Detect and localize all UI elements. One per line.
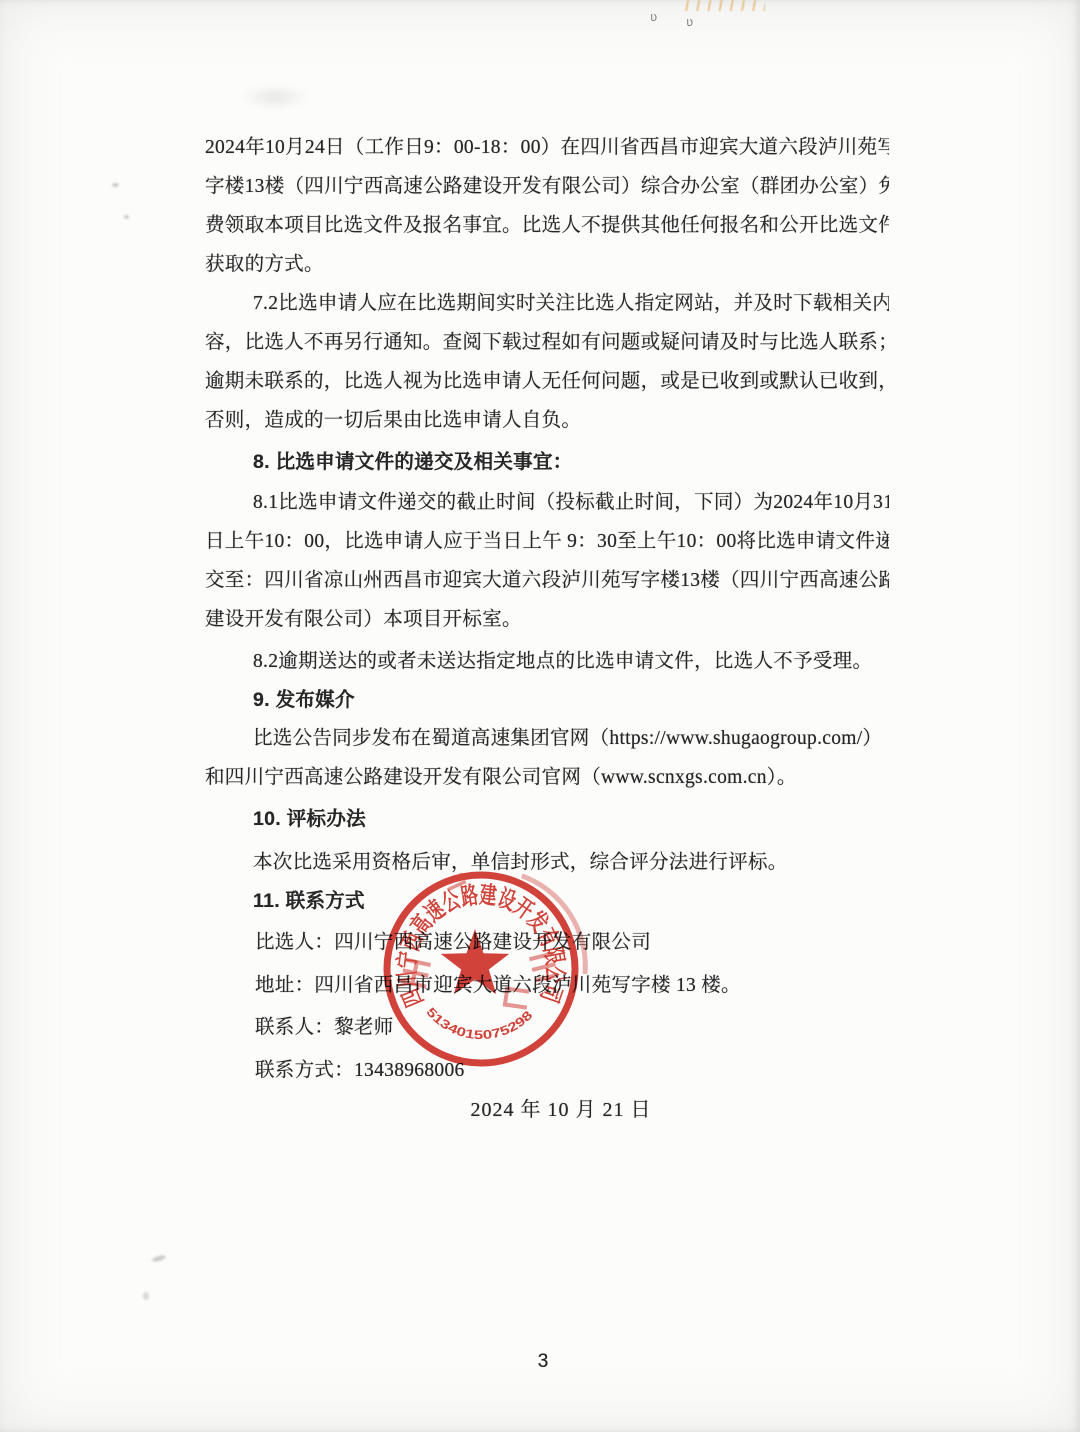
- paragraph-line: 获取的方式。: [205, 245, 889, 284]
- paragraph-8-2: 8.2逾期送达的或者未送达指定地点的比选申请文件，比选人不予受理。: [205, 642, 889, 681]
- paragraph-line: 费领取本项目比选文件及报名事宜。比选人不提供其他任何报名和公开比选文件: [205, 206, 889, 245]
- paragraph-line: 建设开发有限公司）本项目开标室。: [205, 600, 889, 639]
- heading-text: 9. 发布媒介: [205, 681, 889, 720]
- paragraph-line: 比选公告同步发布在蜀道高速集团官网（https://www.shugaogrou…: [205, 719, 889, 758]
- paragraph-line: 逾期未联系的，比选人视为比选申请人无任何问题，或是已收到或默认已收到，: [205, 362, 889, 401]
- scan-artifact-glyph: ʋ: [650, 10, 657, 24]
- paragraph-line: 8.2逾期送达的或者未送达指定地点的比选申请文件，比选人不予受理。: [205, 642, 889, 681]
- heading-text: 8. 比选申请文件的递交及相关事宜：: [205, 443, 889, 482]
- paragraph-7-2: 7.2比选申请人应在比选期间实时关注比选人指定网站，并及时下载相关内 容，比选人…: [205, 284, 889, 440]
- heading-text: 10. 评标办法: [205, 800, 889, 839]
- seal-code-text: 5134015075298: [423, 1005, 535, 1042]
- paragraph-line: 容，比选人不再另行通知。查阅下载过程如有问题或疑问请及时与比选人联系；: [205, 323, 889, 362]
- scan-speck: [112, 183, 119, 187]
- scan-speck: [124, 215, 129, 219]
- paragraph-line: 交至：四川省凉山州西昌市迎宾大道六段泸川苑写字楼13楼（四川宁西高速公路: [205, 561, 889, 600]
- paragraph-line: 和四川宁西高速公路建设开发有限公司官网（www.scnxgs.com.cn）。: [205, 758, 889, 797]
- section-heading-8: 8. 比选申请文件的递交及相关事宜：: [205, 443, 889, 482]
- paragraph-line: 7.2比选申请人应在比选期间实时关注比选人指定网站，并及时下载相关内: [205, 284, 889, 323]
- red-star-icon: [441, 929, 509, 994]
- paragraph-8-1: 8.1比选申请文件递交的截止时间（投标截止时间，下同）为2024年10月31 日…: [205, 483, 889, 639]
- scanned-document-page: ʋ ʋ 2024年10月24日（工作日9：00-18：00）在四川省西昌市迎宾大…: [0, 0, 1080, 1432]
- paragraph-line: 否则，造成的一切后果由比选申请人自负。: [205, 401, 889, 440]
- paragraph-file-collection: 2024年10月24日（工作日9：00-18：00）在四川省西昌市迎宾大道六段泸…: [205, 128, 889, 284]
- paragraph-line: 8.1比选申请文件递交的截止时间（投标截止时间，下同）为2024年10月31: [205, 483, 889, 522]
- paragraph-line: 日上午10：00，比选申请人应于当日上午 9：30至上午10：00将比选申请文件…: [205, 522, 889, 561]
- scan-artifact-glyph: ʋ: [686, 15, 693, 29]
- document-date: 2024 年 10 月 21 日: [205, 1089, 917, 1131]
- official-seal: 四川宁西高速公路建设开发有限公司 5134015075298: [371, 858, 593, 1080]
- paragraph-publication: 比选公告同步发布在蜀道高速集团官网（https://www.shugaogrou…: [205, 719, 889, 797]
- section-heading-9: 9. 发布媒介: [205, 681, 889, 720]
- scan-speck: [143, 1292, 149, 1300]
- page-number: 3: [0, 1348, 1080, 1376]
- paragraph-line: 字楼13楼（四川宁西高速公路建设开发有限公司）综合办公室（群团办公室）免: [205, 167, 889, 206]
- scan-smudge: [240, 84, 310, 110]
- scan-speck: [152, 1254, 167, 1262]
- section-heading-10: 10. 评标办法: [205, 800, 889, 839]
- seal-graphic: 四川宁西高速公路建设开发有限公司 5134015075298: [371, 858, 593, 1080]
- scan-artifact-orange: [683, 0, 765, 11]
- paragraph-line: 2024年10月24日（工作日9：00-18：00）在四川省西昌市迎宾大道六段泸…: [205, 128, 889, 167]
